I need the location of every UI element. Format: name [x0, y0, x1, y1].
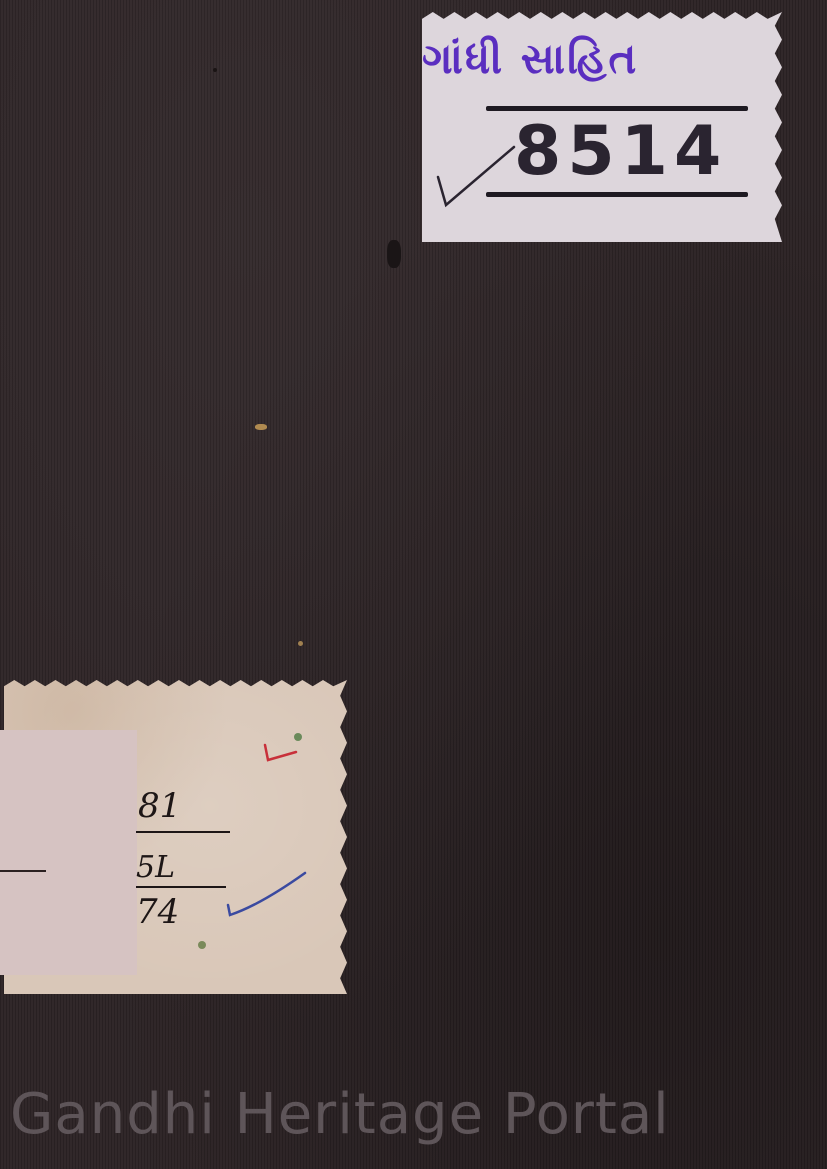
- library-label-top: ગાંધી સાહિત 8514: [422, 12, 782, 242]
- handwritten-rule: [136, 886, 226, 888]
- cover-speck: [213, 68, 217, 72]
- cover-speck: [387, 240, 401, 268]
- watermark-text: Gandhi Heritage Portal: [10, 1082, 820, 1147]
- label-underline: [0, 870, 46, 872]
- check-mark-icon: [436, 117, 516, 212]
- cover-speck: [255, 424, 267, 430]
- book-cover: ગાંધી સાહિત 8514 81 5L 74 Gandhi Heritag…: [0, 0, 827, 1169]
- handwritten-number: 74: [136, 892, 179, 932]
- cover-speck: [298, 641, 303, 646]
- handwritten-number: 5L: [136, 850, 175, 885]
- overlay-paper-slip: [0, 730, 137, 975]
- label-underline: [486, 192, 748, 197]
- handwritten-number: 81: [138, 786, 181, 826]
- accession-number: 8514: [514, 112, 727, 191]
- handwritten-rule: [136, 831, 230, 833]
- stamp-text: ગાંધી સાહિત: [422, 34, 782, 84]
- label-underline: [486, 106, 748, 111]
